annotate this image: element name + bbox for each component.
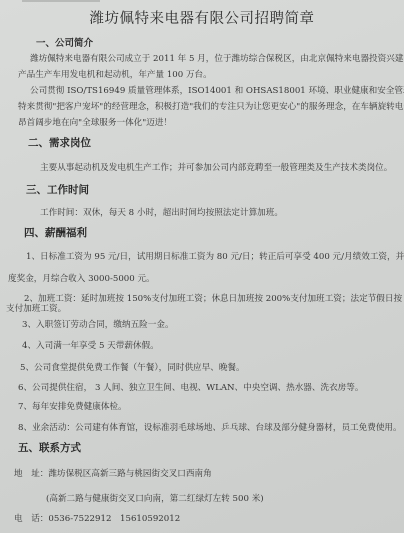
contact-address: 地 址：潍坊保税区高新三路与桃园街交叉口西南角 [14,467,212,479]
paragraph-line: 产品生产车用发电机和起动机，年产量 100 万台。 [18,68,212,80]
section-heading-compensation: 四、薪酬福利 [24,225,87,240]
document-title: 潍坊佩特来电器有限公司招聘简章 [0,7,404,28]
section-heading-company-intro: 一、公司简介 [36,35,93,49]
benefit-item: 5、公司食堂提供免费工作餐（午餐），同时供应早、晚餐。 [20,361,245,373]
paragraph-line: 公司贯彻 ISO/TS16949 质量管理体系，ISO14001 和 OHSAS… [30,84,404,96]
section-heading-positions: 二、需求岗位 [28,135,91,150]
section-heading-contact: 五、联系方式 [18,440,81,455]
paragraph-line: 主要从事起动机及发电机生产工作；并可参加公司内部竞聘至一般管理类及生产技术类岗位… [40,161,392,173]
paragraph-line: 工作时间：双休，每天 8 小时，超出时间均按照法定计算加班。 [40,206,283,218]
contact-address-directions: (高新二路与健康街交叉口向南，第二红绿灯左转 500 米) [46,492,264,504]
paragraph-line: 昂首阔步地在向"全球服务一体化"迈进！ [18,116,172,128]
benefit-item: 4、入司满一年享受 5 天带薪休假。 [22,339,159,351]
benefit-item-continued: 支付加班工资。 [6,302,66,314]
benefit-item: 8、业余活动：公司建有体育馆，设标准羽毛球场地、乒乓球、台球及部分健身器材，员工… [18,421,402,433]
benefit-item: 7、每年安排免费健康体检。 [18,400,127,412]
benefit-item: 3、入职签订劳动合同，缴纳五险一金。 [22,318,174,330]
section-heading-work-hours: 三、工作时间 [26,182,89,197]
paragraph-line: 特来贯彻"把客户宠坏"的经营理念，积极打造"我们的专注只为让您更安心"的服务理念… [18,100,404,112]
benefit-item: 2、加班工资：延时加班按 150%支付加班工资；休息日加班按 200%支付加班工… [24,292,404,304]
paper-edge [22,0,100,2]
paragraph-line: 潍坊佩特来电器有限公司成立于 2011 年 5 月，位于潍坊综合保税区，由北京佩… [30,52,404,64]
benefit-item-continued: 度奖金，月综合收入 3000-5000 元。 [8,272,155,284]
benefit-item: 1、日标准工资为 95 元/日，试用期日标准工资为 80 元/日；转正后可享受 … [26,250,404,262]
contact-phone: 电 话：0536-7522912 15610592012 [14,512,180,524]
benefit-item: 6、公司提供住宿， 3 人间、独立卫生间、电视、WLAN、中央空调、热水器、洗衣… [18,381,363,393]
